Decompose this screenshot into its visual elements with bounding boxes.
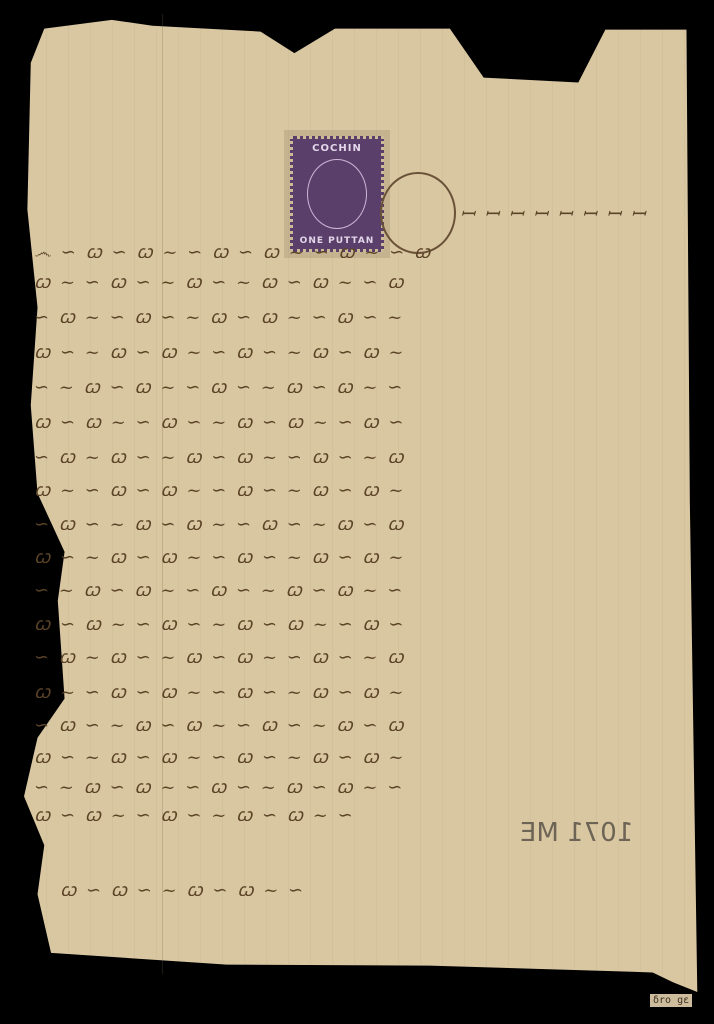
manuscript-line: ꞷ ∽ ~ ꞷ ∽ ꞷ ~ ∽ ꞷ ∽ ~ ꞷ ∽ ꞷ ~ [34, 745, 662, 763]
manuscript-line: ꟷ ꟷ ꟷ ꟷ ꟷ ꟷ ꟷ ꟷ [460, 202, 662, 220]
signature-line: ꞷ ∽ ꞷ ∽ ~ ꞷ ∽ ꞷ ~ ∽ [60, 878, 334, 896]
manuscript-line: ∽ ꞷ ∽ ~ ꞷ ∽ ꞷ ~ ∽ ꞷ ∽ ~ ꞷ ∽ ꞷ [34, 713, 662, 731]
manuscript-line: ∽ ~ ꞷ ∽ ꞷ ~ ∽ ꞷ ∽ ~ ꞷ ∽ ꞷ ~ ∽ [34, 775, 662, 793]
manuscript-line: ∽ ꞷ ∽ ~ ꞷ ∽ ꞷ ~ ∽ ꞷ ∽ ~ ꞷ ∽ ꞷ [34, 512, 662, 530]
manuscript-line: ∽ ꞷ ~ ∽ ꞷ ∽ ~ ꞷ ∽ ꞷ ~ ∽ ꞷ ∽ ~ [34, 305, 662, 323]
year-annotation: 1071 ME [520, 818, 633, 848]
manuscript-line: ∽ ~ ꞷ ∽ ꞷ ~ ∽ ꞷ ∽ ~ ꞷ ∽ ꞷ ~ ∽ [34, 578, 662, 596]
manuscript-line: ꞷ ∽ ~ ꞷ ∽ ꞷ ~ ∽ ꞷ ∽ ~ ꞷ ∽ ꞷ ~ [34, 545, 662, 563]
manuscript-line: ෴ ∽ ꞷ ∽ ꞷ ~ ∽ ꞷ ∽ ꞷ ~ ∽ ꞷ ~ ∽ ꞷ [34, 240, 662, 258]
manuscript-line: ꞷ ~ ∽ ꞷ ∽ ꞷ ~ ∽ ꞷ ∽ ~ ꞷ ∽ ꞷ ~ [34, 478, 662, 496]
manuscript-line: ∽ ꞷ ~ ꞷ ∽ ~ ꞷ ∽ ꞷ ~ ∽ ꞷ ∽ ~ ꞷ [34, 645, 662, 663]
manuscript-line: ꞷ ∽ ꞷ ~ ∽ ꞷ ∽ ~ ꞷ ∽ ꞷ ~ ∽ ꞷ ∽ [34, 410, 662, 428]
manuscript-line: ꞷ ∽ ꞷ ~ ∽ ꞷ ∽ ~ ꞷ ∽ ꞷ ~ ∽ ꞷ ∽ [34, 612, 662, 630]
cochin-stamp: COCHIN ONE PUTTAN [290, 136, 384, 252]
manuscript-line: ꞷ ~ ∽ ꞷ ∽ ~ ꞷ ∽ ~ ꞷ ∽ ꞷ ~ ∽ ꞷ [34, 270, 662, 288]
manuscript-line: ∽ ~ ꞷ ∽ ꞷ ~ ∽ ꞷ ∽ ~ ꞷ ∽ ꞷ ~ ∽ [34, 375, 662, 393]
manuscript-line: ∽ ꞷ ~ ꞷ ∽ ~ ꞷ ∽ ꞷ ~ ∽ ꞷ ∽ ~ ꞷ [34, 445, 662, 463]
manuscript-line: ꞷ ~ ∽ ꞷ ∽ ꞷ ~ ∽ ꞷ ∽ ~ ꞷ ∽ ꞷ ~ [34, 680, 662, 698]
stamp-top-label: COCHIN [293, 143, 381, 154]
corner-label: δrο gε [650, 994, 692, 1007]
stamp-portrait-oval [307, 159, 367, 229]
manuscript-line: ꞷ ∽ ~ ꞷ ∽ ꞷ ~ ∽ ꞷ ∽ ~ ꞷ ∽ ꞷ ~ [34, 340, 662, 358]
